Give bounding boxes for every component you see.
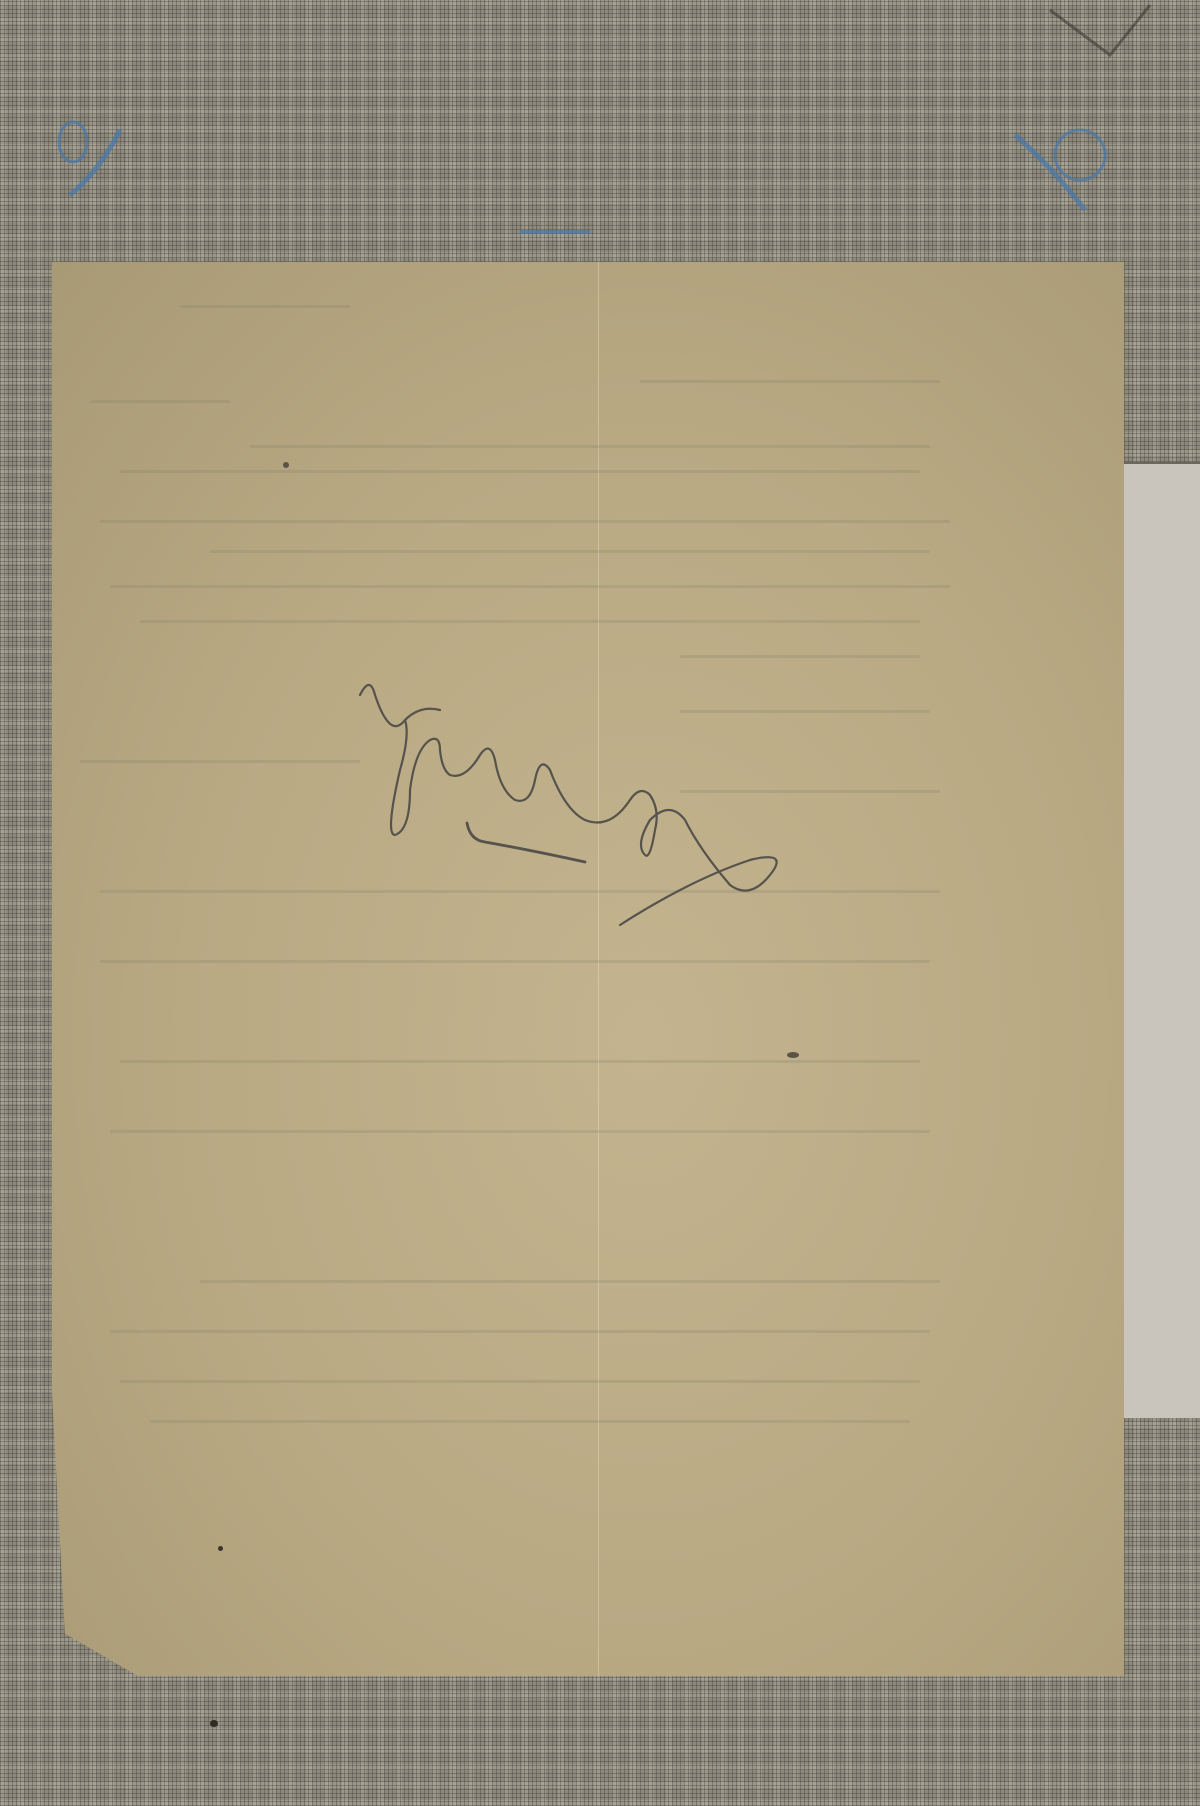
underlying-white-sheet <box>1122 462 1200 1418</box>
dirt-speck <box>210 1720 218 1727</box>
blue-page-number-mark-left <box>40 100 140 200</box>
dirt-speck <box>787 1052 799 1058</box>
pencil-signature <box>330 660 790 940</box>
blue-dash-mark <box>520 230 590 234</box>
pencil-diagonal-mark <box>1030 0 1160 70</box>
blue-page-number-mark-right <box>1010 110 1130 220</box>
dirt-speck <box>283 462 289 468</box>
paper-fold-line <box>598 262 599 1676</box>
dirt-speck <box>218 1546 223 1551</box>
document-paper <box>52 262 1124 1676</box>
